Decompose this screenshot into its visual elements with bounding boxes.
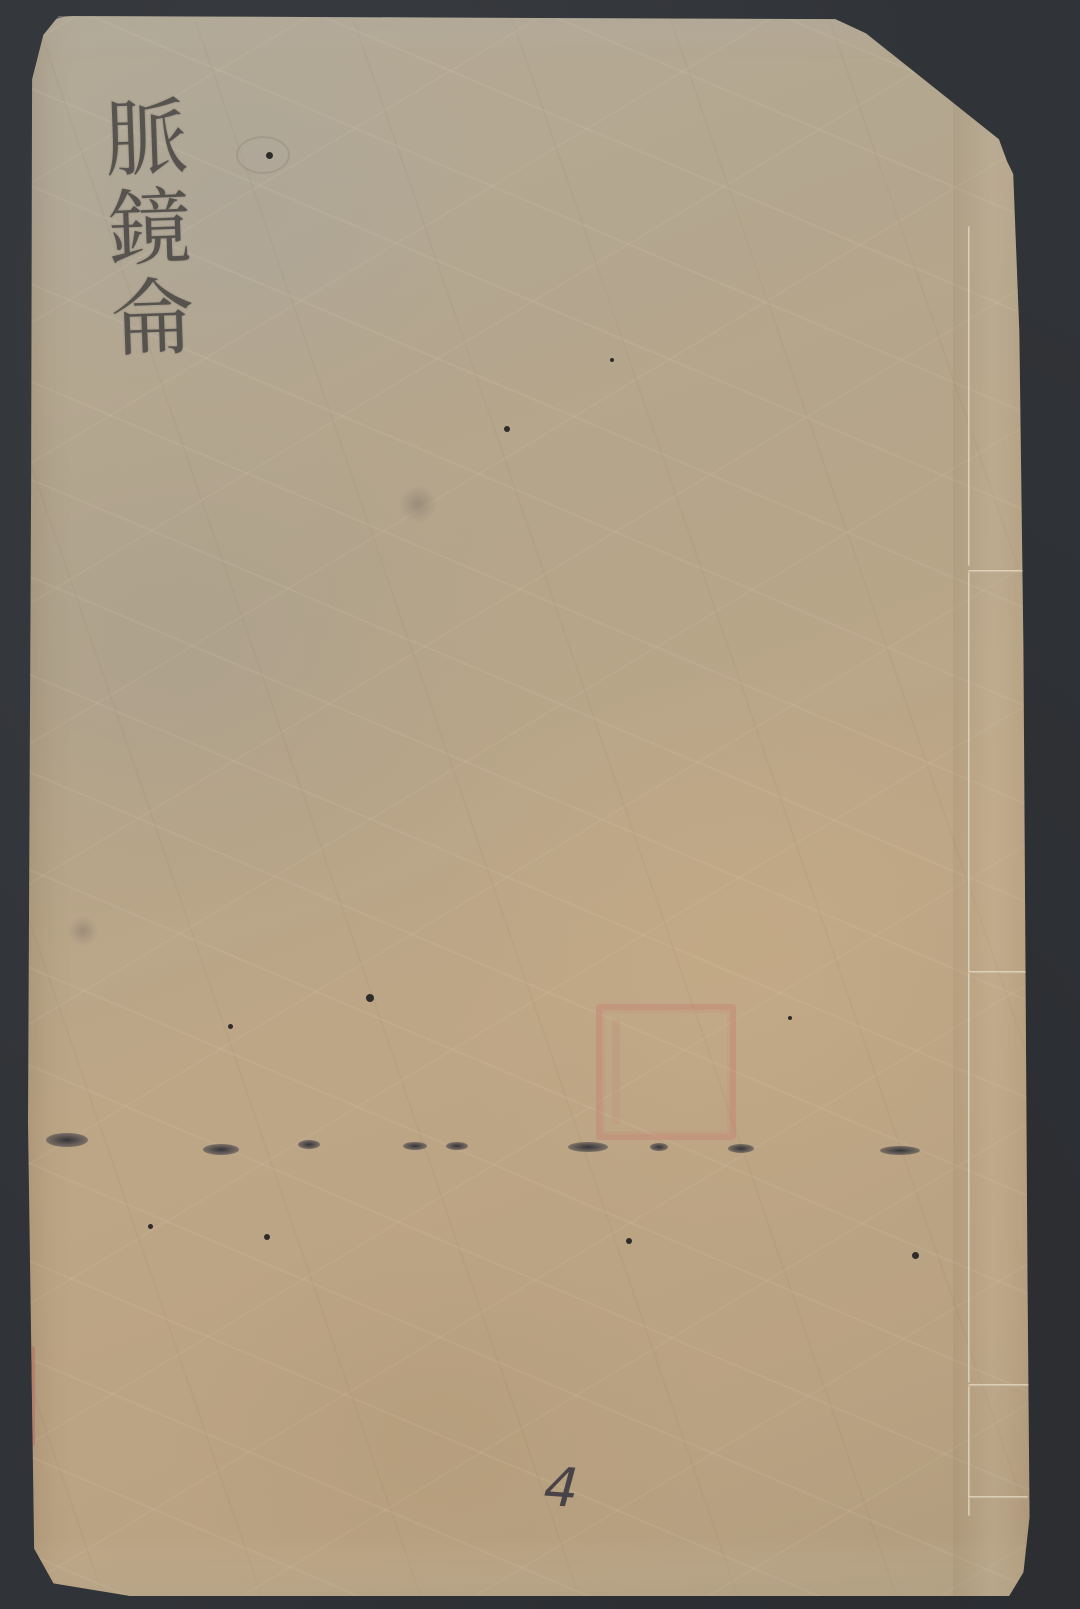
- faint-stain: [68, 916, 98, 946]
- ink-dot: [626, 1238, 632, 1244]
- ink-stain: [728, 1144, 754, 1153]
- ink-stain: [403, 1142, 427, 1150]
- circle-mark: [236, 136, 290, 174]
- ink-dot: [788, 1016, 792, 1020]
- binding-thread: [968, 973, 971, 1383]
- page-number: 4: [542, 1455, 581, 1520]
- ink-stain: [446, 1142, 468, 1150]
- ink-dot: [366, 994, 374, 1002]
- ink-dot: [610, 358, 614, 362]
- binding-thread: [968, 226, 971, 566]
- binding-thread: [968, 572, 971, 972]
- ink-dot: [266, 152, 273, 159]
- ink-stain: [298, 1140, 320, 1149]
- ink-stain: [880, 1146, 920, 1155]
- faint-stain: [398, 486, 438, 522]
- ink-dot: [912, 1252, 919, 1259]
- ink-stain: [650, 1143, 668, 1151]
- ink-stain: [568, 1142, 608, 1152]
- red-seal-stamp: [596, 1004, 736, 1140]
- ink-dot: [228, 1024, 233, 1029]
- ink-dot: [148, 1224, 153, 1229]
- ink-stain: [46, 1133, 88, 1147]
- bottom-edge-wear: [28, 1536, 1050, 1596]
- ink-dot: [504, 426, 510, 432]
- binding-thread-cross: [968, 1496, 1028, 1499]
- seal-inner-mark: [612, 1020, 720, 1124]
- book-cover: 脈鏡侖 4: [28, 16, 1050, 1596]
- handwritten-title: 脈鏡侖: [73, 92, 202, 366]
- ink-dot: [264, 1234, 270, 1240]
- ink-stain: [203, 1144, 239, 1155]
